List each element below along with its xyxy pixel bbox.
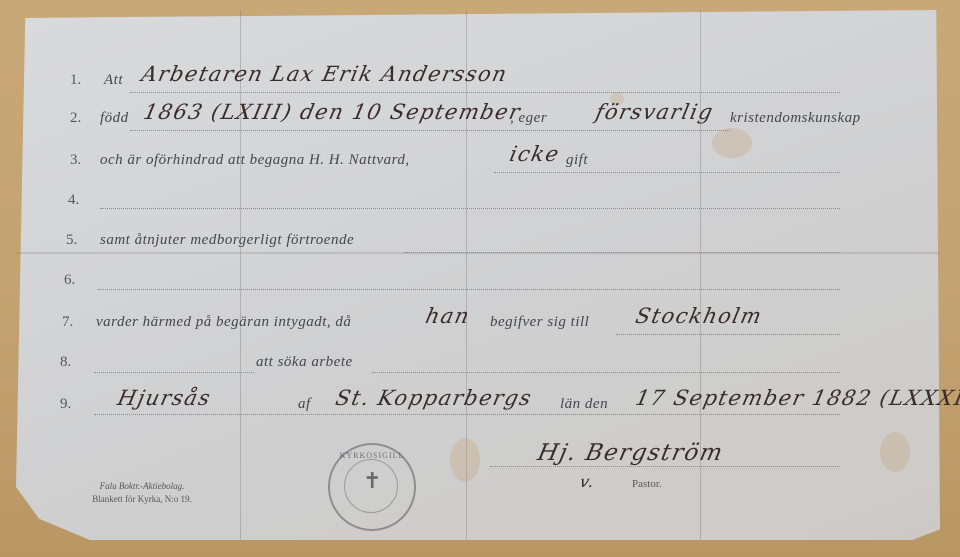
printer-imprint: Falu Boktr.-Aktiebolag. Blankett för Kyr…: [52, 480, 232, 506]
handwritten-destination: Stockholm: [633, 304, 764, 328]
printed-text: Att: [104, 72, 123, 89]
dotted-line: [94, 372, 254, 373]
printed-text: gift: [566, 152, 588, 169]
printed-text: att söka arbete: [256, 354, 353, 371]
printer-name: Falu Boktr.-Aktiebolag.: [52, 480, 232, 493]
fold-line: [240, 10, 241, 540]
row-number: 1.: [70, 72, 81, 89]
handwritten-parish: Hjursås: [115, 386, 213, 410]
stain: [450, 438, 480, 482]
parish-seal: KYRKOSIGILL ✝: [328, 443, 416, 531]
dotted-line: [490, 466, 840, 467]
printed-text: född: [100, 110, 129, 127]
printed-text: varder härmed på begäran intygadt, då: [96, 314, 351, 331]
handwritten-knowledge: försvarlig: [593, 100, 716, 124]
row-number: 6.: [64, 272, 75, 289]
printed-text: län den: [560, 396, 608, 413]
cross-icon: ✝: [363, 469, 381, 494]
dotted-line: [616, 334, 840, 335]
stain: [712, 128, 752, 158]
dotted-line: [372, 372, 840, 373]
row-number: 9.: [60, 396, 71, 413]
stain: [880, 432, 910, 472]
dotted-line: [130, 130, 730, 131]
row-number: 8.: [60, 354, 71, 371]
row-number: 5.: [66, 232, 77, 249]
printed-text: af: [298, 396, 311, 413]
printed-text: , eger: [510, 110, 547, 127]
form-number: Blankett för Kyrka, N:o 19.: [52, 493, 232, 506]
dotted-line: [100, 208, 840, 209]
handwritten-marital: icke: [507, 142, 562, 166]
row-number: 7.: [62, 314, 73, 331]
handwritten-date: 17 September 1882 (LXXXII): [633, 386, 960, 410]
dotted-line: [98, 289, 840, 290]
printed-text: och är oförhindrad att begagna H. H. Nat…: [100, 152, 410, 169]
handwritten-county: St. Kopparbergs: [333, 386, 534, 410]
printed-text: samt åtnjuter medborgerligt förtroende: [100, 232, 354, 249]
dotted-line: [494, 172, 840, 173]
row-number: 2.: [70, 110, 81, 127]
dotted-line: [94, 414, 840, 415]
handwritten-name: Arbetaren Lax Erik Andersson: [139, 62, 510, 86]
row-number: 4.: [68, 192, 79, 209]
handwritten-birthdate: 1863 (LXIII) den 10 September: [141, 100, 523, 124]
row-number: 3.: [70, 152, 81, 169]
printed-text: begifver sig till: [490, 314, 589, 331]
printed-text: kristendomskunskap: [730, 110, 861, 127]
pastor-title: Pastor.: [632, 478, 662, 490]
handwritten-signature: Hj. Bergström: [535, 440, 726, 466]
dotted-line: [130, 92, 840, 93]
handwritten-pronoun: han: [423, 304, 472, 328]
dotted-line: [404, 252, 840, 253]
